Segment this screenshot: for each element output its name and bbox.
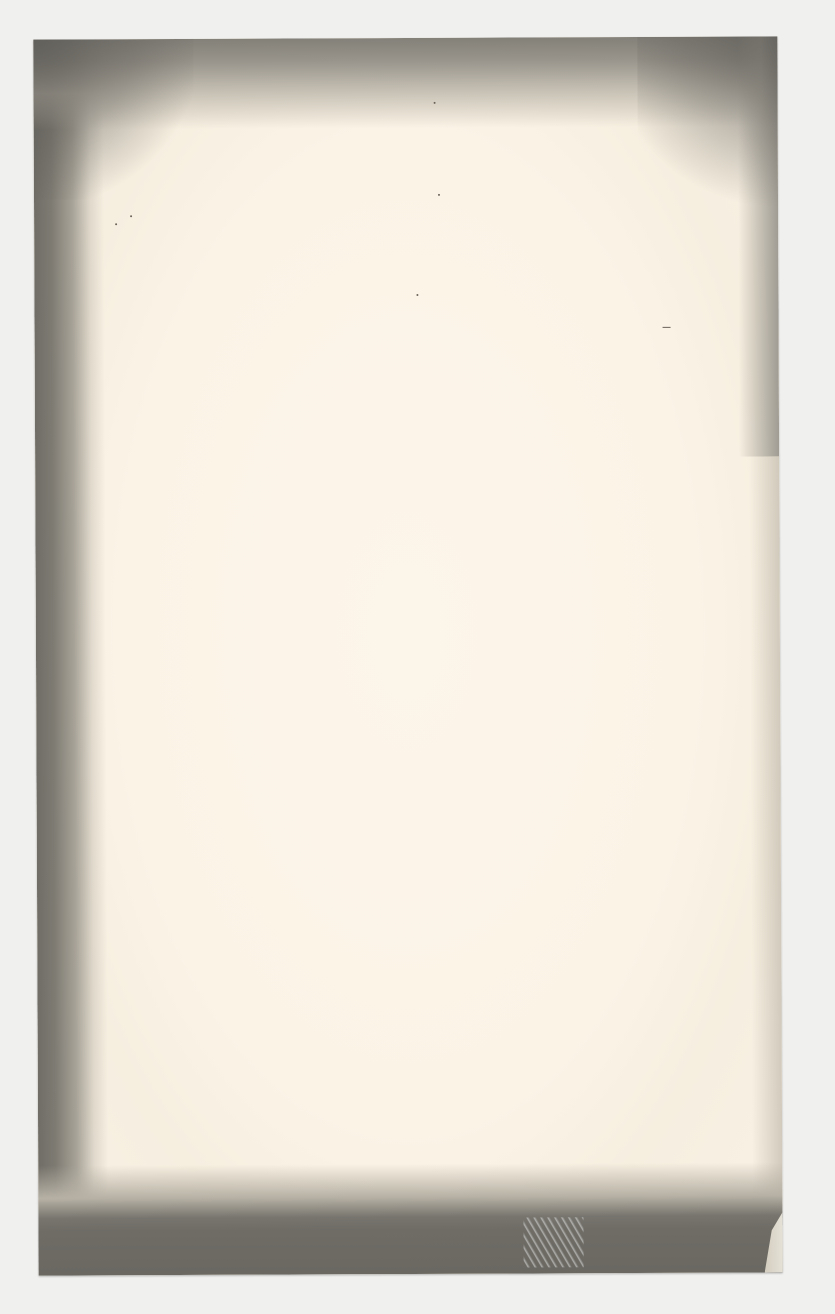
scratch-marks — [523, 1217, 583, 1267]
paper-surface — [33, 36, 782, 1275]
paper-speck — [663, 327, 671, 328]
photo-card-back — [33, 36, 782, 1275]
paper-speck — [416, 294, 418, 296]
tarnished-left-edge — [33, 39, 108, 1275]
tarnished-bottom-edge — [38, 1162, 782, 1275]
corner-wear-top-right — [637, 36, 778, 217]
paper-speck — [115, 223, 117, 225]
corner-wear-top-left — [33, 39, 194, 200]
paper-speck — [438, 194, 440, 196]
paper-speck — [130, 215, 132, 217]
tarnished-right-edge-lower — [749, 456, 783, 1272]
paper-speck — [434, 102, 436, 104]
